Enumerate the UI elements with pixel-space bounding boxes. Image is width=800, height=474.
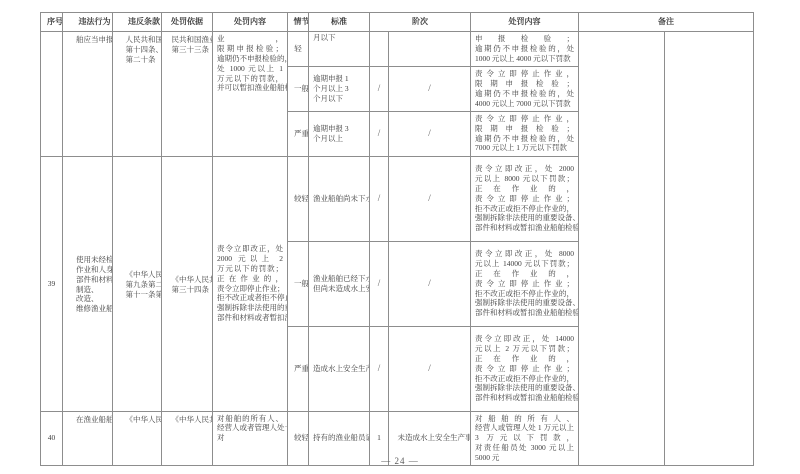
cell-r39-sub1-standard: 渔业船舶已经下水作业,但尚未造成水上安全生产事故或环境污染事故	[309, 241, 370, 326]
cell-remarks-right	[665, 32, 754, 466]
cell-r38-sub1-stage1: /	[370, 67, 389, 112]
header-clause: 违反条款	[113, 13, 162, 32]
header-basis: 处罚依据	[162, 13, 213, 32]
cell-r39-basis: 《中华人民共和国渔业船舶检验条例》第三十四条	[162, 156, 213, 411]
cell-r39-clause: 《中华人民共和国渔业船舶检验条例》第九条第二款、第十一条第二款	[113, 156, 162, 411]
cell-r39-sub2-stage1: /	[370, 326, 389, 411]
cell-text: 《中华人民共和国渔业船舶检验条例》第九条第二款、第十一条第二款	[126, 270, 149, 300]
cell-r38-sub2-standard: 逾期申报 3 个月以上	[309, 111, 370, 156]
cell-r39-sub0-penalty: 责令立即改正，处 2000 元以上 8000 元以下罚款；正在作业的，责令立即停…	[471, 156, 579, 241]
cell-r39-sub0-level: 较轻	[288, 156, 309, 241]
header-stage: 阶次	[370, 13, 471, 32]
header-penalty: 处罚内容	[213, 13, 288, 32]
cell-r38-behavior: 舶应当申报营运检验或者临时检验而不申报	[63, 32, 113, 157]
cell-text: 月以下	[313, 33, 365, 43]
header-clause-label: 违反条款	[128, 17, 146, 26]
cell-r38-sub0-stage1	[370, 32, 389, 67]
cell-r39-sub1-stage1: /	[370, 241, 389, 326]
cell-r39-sub2-stage2: /	[389, 326, 471, 411]
header-remarks: 备注	[579, 13, 754, 32]
cell-r38-sub0-penalty: 申报检验；逾期仍不申报检验的，处 1000 元以上 4000 元以下罚款	[471, 32, 579, 67]
cell-text: 《中华人民共和国渔业船舶检验条例》第三十四条	[172, 275, 203, 295]
page-number: — 24 —	[0, 456, 800, 466]
cell-text: 民共和国渔业船舶检验条例》第三十三条	[172, 35, 203, 55]
cell-text: 渔业船舶已经下水作业,但尚未造成水上安全生产事故或环境污染事故	[313, 274, 365, 294]
cell-r38-sub0-stage2	[389, 32, 471, 67]
cell-text: 造成水上安全生产事故或环境污染事故	[313, 364, 365, 374]
header-seq-label: 序号	[47, 17, 56, 26]
cell-r38-sub2-stage1: /	[370, 111, 389, 156]
cell-text: 持有的渔业船员证书过期或不符合岗位要求	[313, 433, 365, 443]
cell-r38-sub2-stage2: /	[389, 111, 471, 156]
cell-r39-sub2-penalty: 责令立即改正，处 14000 元以上 2 万元以下罚款；正在作业的，责令立即停止…	[471, 326, 579, 411]
cell-r39-behavior: 使用未经检验合格的有关航行、作业和人身财产安全以及防止污染环境的重要设备、部件和…	[63, 156, 113, 411]
cell-r38-sub2-level: 严重	[288, 111, 309, 156]
cell-text: 舶应当申报营运检验或者临时检验而不申报	[76, 35, 99, 45]
cell-remarks-left	[579, 32, 665, 466]
header-behavior: 违法行为	[63, 13, 113, 32]
cell-text: 人民共和国渔业船舶检验条例》第十四条、第二十条	[126, 35, 149, 65]
cell-text: 在渔业船舶上工作未持有渔	[76, 415, 99, 425]
cell-r39-sub1-penalty: 责令立即改正，处 8000 元以上 14000 元以下罚款；正在作业的，责令立即…	[471, 241, 579, 326]
cell-r39-penalty: 责令立即改正，处 2000 元以上 2 万元以下的罚款；正在作业的，责令立即停止…	[213, 156, 288, 411]
penalty-rules-table: 序号 违法行为 违反条款 处罚依据 处罚内容 情节 标准 阶次 处罚内容 备注 …	[40, 12, 754, 466]
document-page: 序号 违法行为 违反条款 处罚依据 处罚内容 情节 标准 阶次 处罚内容 备注 …	[0, 0, 800, 474]
cell-r39-sub0-standard: 渔业船舶尚未下水作业	[309, 156, 370, 241]
cell-text: 《中华人民共和国海上交通安全法》	[172, 415, 203, 425]
header-behavior-label: 违法行为	[79, 17, 97, 26]
cell-r39-seq: 39	[41, 156, 63, 411]
cell-r38-penalty: 业，限期申报检验；逾期仍不申报检验的，处 1000 元以上 1 万元以下的罚款，…	[213, 32, 288, 157]
cell-r39-sub2-standard: 造成水上安全生产事故或环境污染事故	[309, 326, 370, 411]
header-seq: 序号	[41, 13, 63, 32]
cell-r38-sub1-stage2: /	[389, 67, 471, 112]
cell-text: 逾期申报 1 个月以上 3 个月以下	[313, 74, 365, 104]
table-header-row: 序号 违法行为 违反条款 处罚依据 处罚内容 情节 标准 阶次 处罚内容 备注	[41, 13, 754, 32]
cell-r38-sub1-standard: 逾期申报 1 个月以上 3 个月以下	[309, 67, 370, 112]
header-penalty-detail: 处罚内容	[471, 13, 579, 32]
cell-r39-sub2-level: 严重	[288, 326, 309, 411]
cell-r38-clause: 人民共和国渔业船舶检验条例》第十四条、第二十条	[113, 32, 162, 157]
cell-r38-sub2-penalty: 责令立即停止作业，限期申报检验；逾期仍不申报检验的，处 7000 元以上 1 万…	[471, 111, 579, 156]
cell-r38-basis: 民共和国渔业船舶检验条例》第三十三条	[162, 32, 213, 157]
cell-r38-sub0-level: 轻	[288, 32, 309, 67]
cell-r38-sub1-level: 一般	[288, 67, 309, 112]
cell-r39-sub0-stage2: /	[389, 156, 471, 241]
cell-r38-sub1-penalty: 责令立即停止作业，限期申报检验；逾期仍不申报检验的，处 4000 元以上 700…	[471, 67, 579, 112]
cell-r39-sub1-stage2: /	[389, 241, 471, 326]
header-circumstance-label: 情节	[294, 17, 303, 26]
cell-text: 《中华人民共和国海上交通	[126, 415, 149, 425]
cell-text: 渔业船舶尚未下水作业	[313, 194, 365, 204]
cell-text: 未造成水上安全生产事故	[398, 433, 462, 443]
cell-r39-sub0-stage1: /	[370, 156, 389, 241]
header-circumstance: 情节	[288, 13, 309, 32]
cell-r38-sub0-standard: 月以下	[309, 32, 370, 67]
cell-text: 逾期申报 3 个月以上	[313, 124, 365, 144]
table-row: 舶应当申报营运检验或者临时检验而不申报 人民共和国渔业船舶检验条例》第十四条、第…	[41, 32, 754, 67]
cell-text: 使用未经检验合格的有关航行、作业和人身财产安全以及防止污染环境的重要设备、部件和…	[76, 255, 99, 314]
cell-r38-seq	[41, 32, 63, 157]
header-standard: 标准	[309, 13, 370, 32]
cell-r39-sub1-level: 一般	[288, 241, 309, 326]
